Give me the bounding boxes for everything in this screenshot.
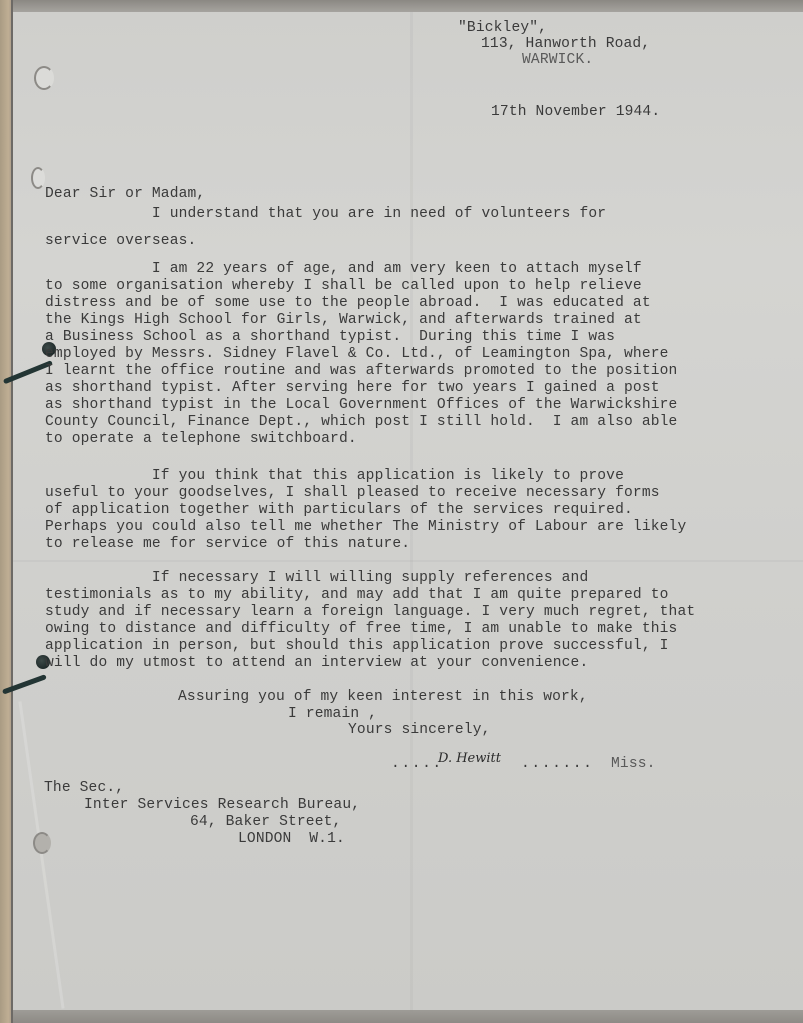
recipient-line: The Sec., (44, 780, 124, 797)
punch-hole-icon (31, 167, 45, 189)
signature-dots-after: ....... (521, 756, 594, 773)
letter-date: 17th November 1944. (491, 104, 660, 121)
sender-house-name: "Bickley", (458, 20, 547, 37)
punch-hole-icon (33, 832, 51, 854)
body-line: If you think that this application is li… (45, 468, 624, 485)
signature-dots-before: ..... (391, 756, 443, 773)
body-line: as shorthand typist in the Local Governm… (45, 397, 677, 414)
body-line: to some organisation whereby I shall be … (45, 278, 642, 295)
body-line: owing to distance and difficulty of free… (45, 621, 677, 638)
body-line: to release me for service of this nature… (45, 536, 410, 553)
closing-line: I remain , (288, 706, 377, 723)
closing-line: Assuring you of my keen interest in this… (178, 689, 588, 706)
body-line: testimonials as to my ability, and may a… (45, 587, 669, 604)
handwritten-signature: D. Hewitt (438, 751, 501, 766)
body-line: application in person, but should this a… (45, 638, 669, 655)
body-line: Perhaps you could also tell me whether T… (45, 519, 686, 536)
body-line: useful to your goodselves, I shall pleas… (45, 485, 660, 502)
page-bottom-edge (13, 1010, 803, 1023)
signature-title: Miss. (611, 756, 656, 773)
sender-street: 113, Hanworth Road, (481, 36, 650, 53)
body-line: service overseas. (45, 233, 196, 250)
body-line: County Council, Finance Dept., which pos… (45, 414, 677, 431)
body-line: I understand that you are in need of vol… (45, 206, 606, 223)
body-line: the Kings High School for Girls, Warwick… (45, 312, 642, 329)
body-line: to operate a telephone switchboard. (45, 431, 357, 448)
closing-line: Yours sincerely, (348, 722, 491, 739)
sender-town: WARWICK. (522, 52, 593, 69)
body-line: of application together with particulars… (45, 502, 633, 519)
body-line: will do my utmost to attend an interview… (45, 655, 588, 672)
body-line: study and if necessary learn a foreign l… (45, 604, 695, 621)
salutation: Dear Sir or Madam, (45, 186, 205, 203)
body-line: distress and be of some use to the peopl… (45, 295, 651, 312)
body-line: If necessary I will willing supply refer… (45, 570, 588, 587)
body-line: a Business School as a shorthand typist.… (45, 329, 615, 346)
body-line: I learnt the office routine and was afte… (45, 363, 677, 380)
recipient-line: Inter Services Research Bureau, (84, 797, 360, 814)
body-line: as shorthand typist. After serving here … (45, 380, 660, 397)
punch-hole-icon (34, 66, 54, 90)
body-line: employed by Messrs. Sidney Flavel & Co. … (45, 346, 669, 363)
recipient-line: LONDON W.1. (238, 831, 345, 848)
recipient-line: 64, Baker Street, (190, 814, 341, 831)
paper-fold-horizontal (13, 560, 803, 562)
body-line: I am 22 years of age, and am very keen t… (45, 261, 642, 278)
